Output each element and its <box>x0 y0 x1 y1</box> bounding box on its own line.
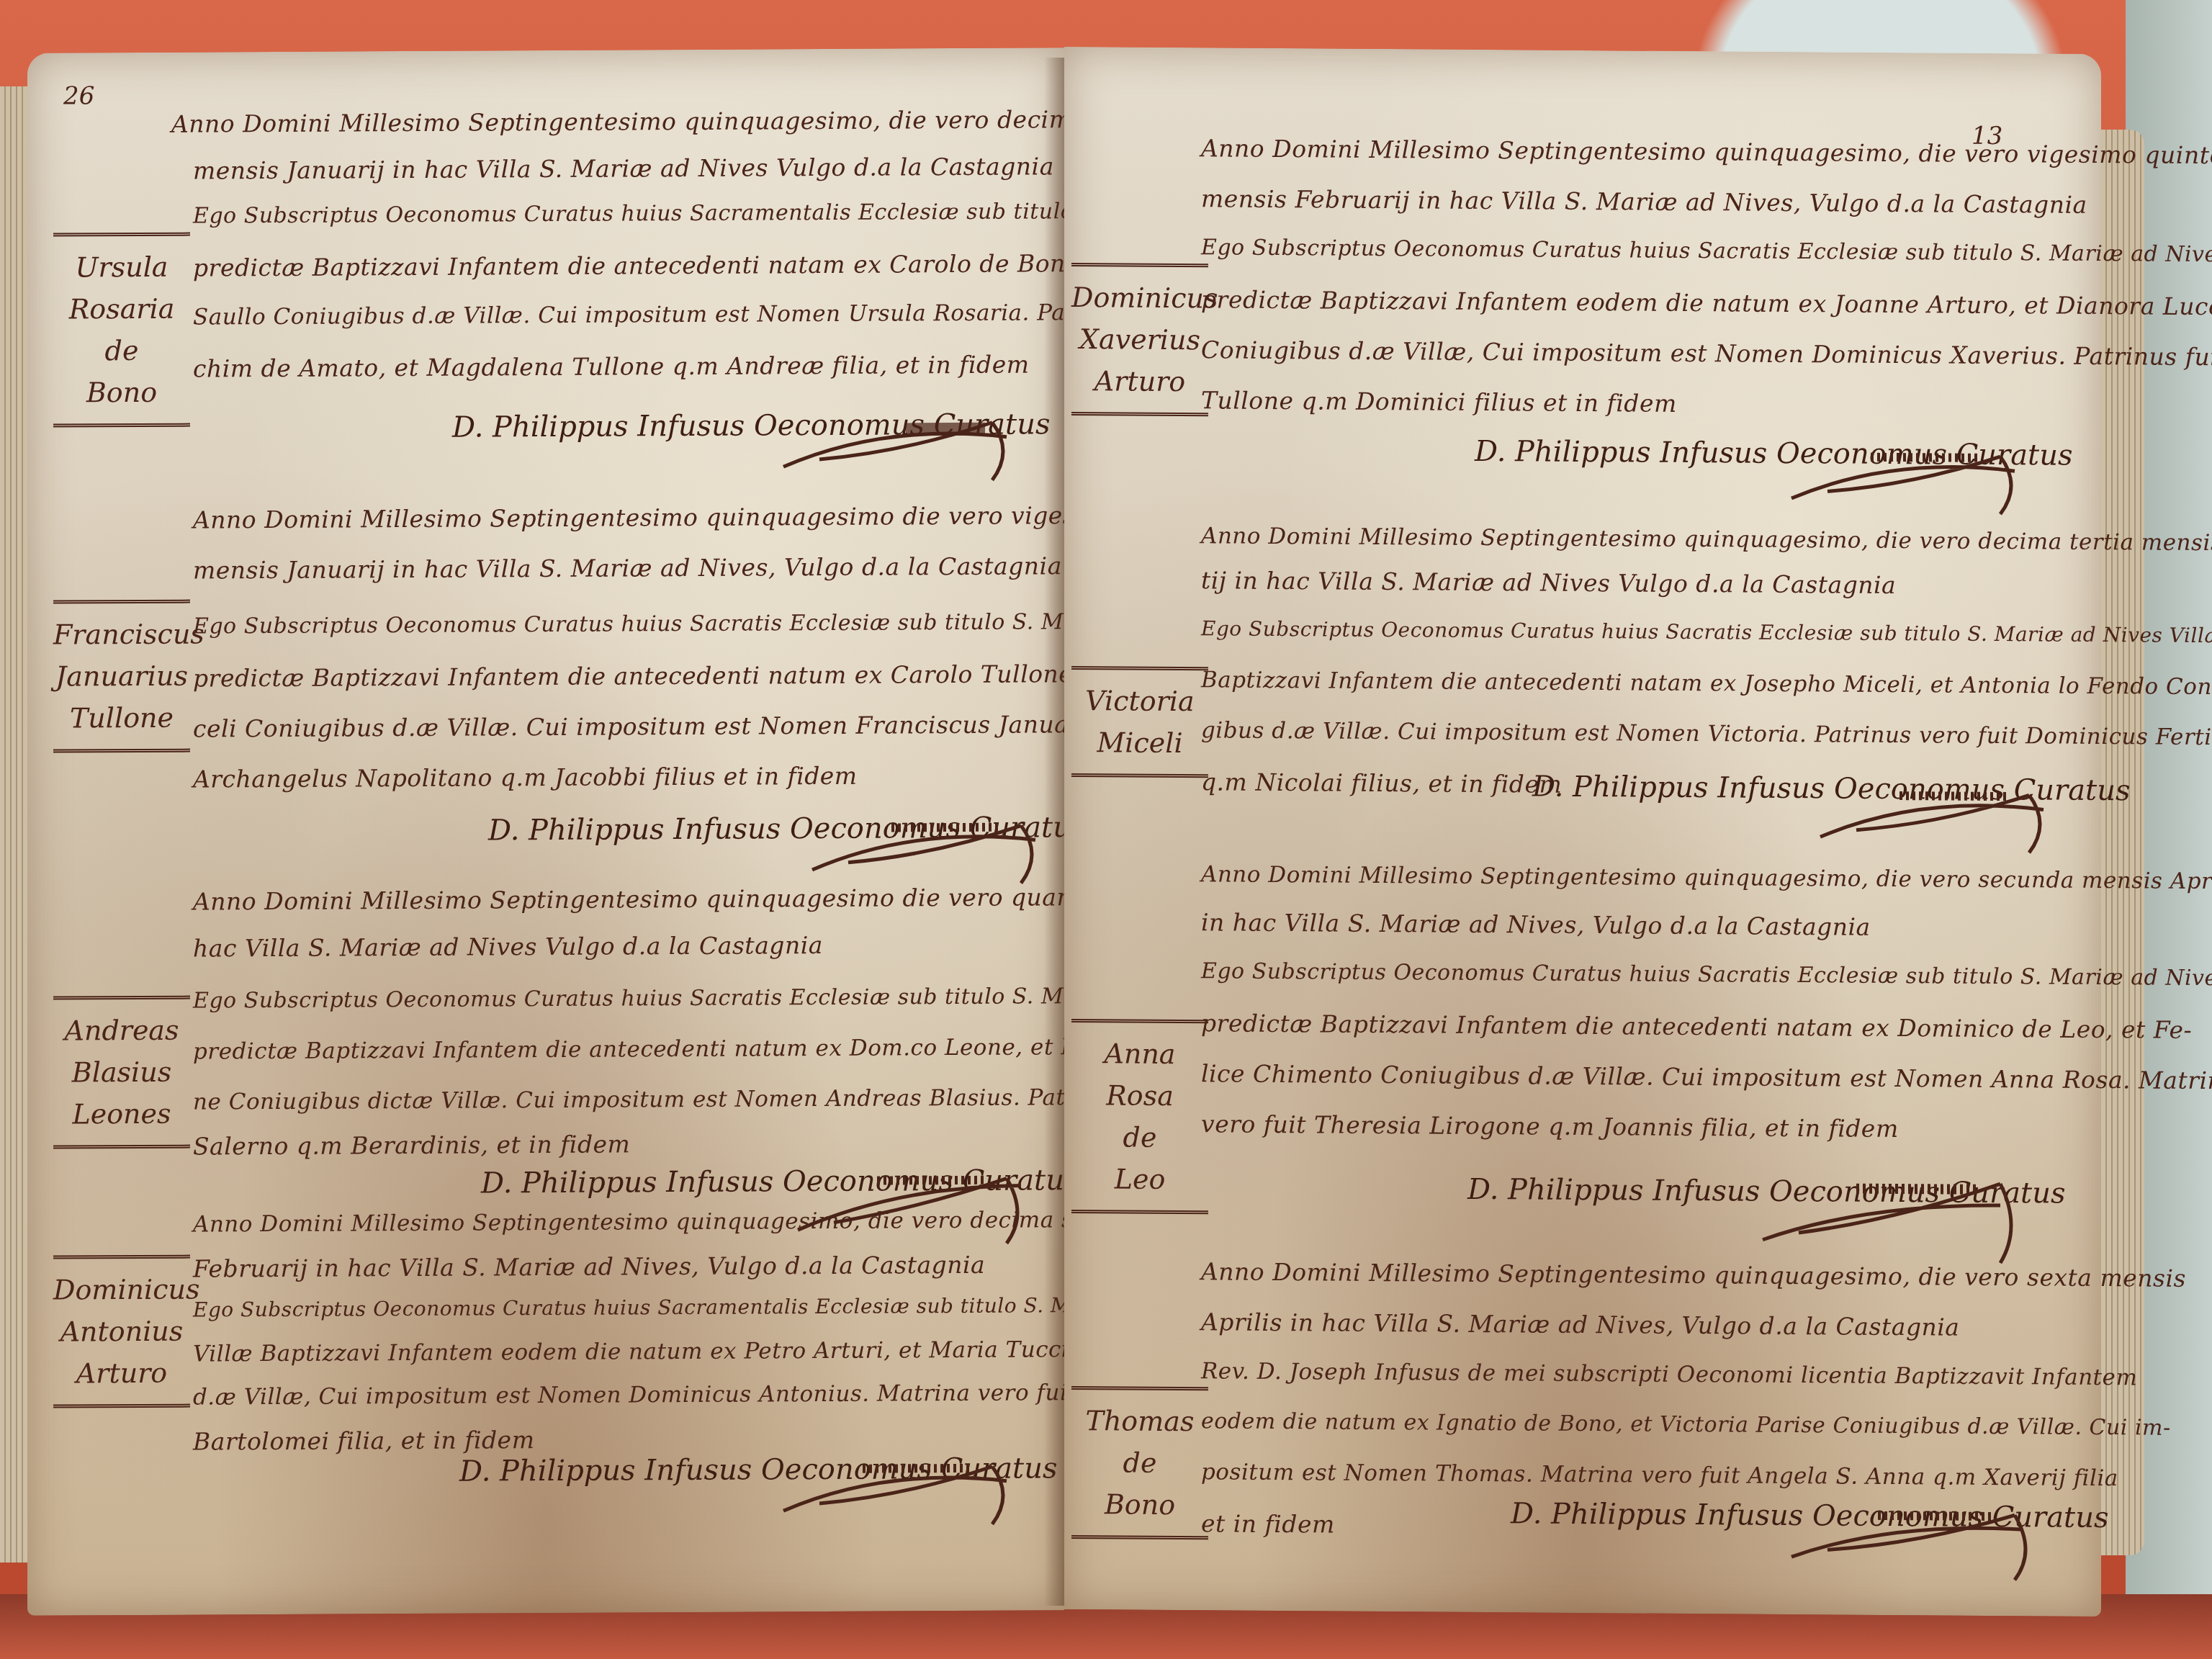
entry-line: Bartolomei filia, et in fidem <box>193 1426 534 1455</box>
name-line: Tullone <box>53 697 190 739</box>
margin-name: Dominicus Antonius Arturo <box>53 1255 190 1408</box>
name-line: Ursula <box>53 246 190 289</box>
name-line: Victoria <box>1071 680 1208 722</box>
entry-line: mensis Januarij in hac Villa S. Mariæ ad… <box>193 552 1062 584</box>
entry-line: hac Villa S. Mariæ ad Nives Vulgo d.a la… <box>193 931 823 963</box>
name-line: Bono <box>53 372 190 414</box>
entry-line: Anno Domini Millesimo Septingentesimo qu… <box>1201 861 2212 894</box>
entry-line: lice Chimento Coniugibus d.æ Villæ. Cui … <box>1201 1059 2212 1094</box>
name-line: Rosa <box>1071 1074 1208 1117</box>
entry-line: Archangelus Napolitano q.m Jacobbi filiu… <box>193 762 858 793</box>
entry-line: gibus d.æ Villæ. Cui impositum est Nomen… <box>1201 717 2212 750</box>
entry-line: eodem die natum ex Ignatio de Bono, et V… <box>1201 1408 2171 1440</box>
entry-line: predictæ Baptizzavi Infantem eodem die n… <box>1201 285 2212 320</box>
entry-line: Ego Subscriptus Oeconomus Curatus huius … <box>1201 235 2212 268</box>
name-line: Anna <box>1071 1033 1208 1075</box>
margin-name: Andreas Blasius Leones <box>53 996 190 1149</box>
signature-flourish-icon <box>1784 441 2029 521</box>
signature-flourish-icon <box>1813 779 2058 860</box>
entry-line: Salerno q.m Berardinis, et in fidem <box>193 1130 630 1160</box>
name-line: Miceli <box>1071 721 1208 764</box>
folio-number: 26 <box>63 81 94 110</box>
entry-line: Anno Domini Millesimo Septingentesimo qu… <box>1201 1257 2186 1292</box>
margin-name: Franciscus Januarius Tullone <box>53 600 190 753</box>
entry-line: Aprilis in hac Villa S. Mariæ ad Nives, … <box>1201 1308 1960 1341</box>
entry-line: Anno Domini Millesimo Septingentesimo qu… <box>1201 523 2212 557</box>
name-line: de <box>53 330 190 372</box>
entry-line: in hac Villa S. Mariæ ad Nives, Vulgo d.… <box>1201 908 1871 940</box>
name-line: Franciscus <box>53 613 190 656</box>
entry-line: Ego Subscriptus Oeconomus Curatus huius … <box>1201 616 2212 648</box>
entry-line: et in fidem <box>1201 1509 1335 1538</box>
signature-flourish-icon <box>1755 1175 2029 1271</box>
name-line: Thomas <box>1071 1400 1208 1442</box>
entry-line: Ego Subscriptus Oeconomus Curatus huius … <box>1201 958 2212 992</box>
left-page-edges <box>0 86 29 1563</box>
entry-line: mensis Januarij in hac Villa S. Mariæ ad… <box>193 152 1054 184</box>
margin-name: Victoria Miceli <box>1071 666 1208 778</box>
name-line: Dominicus <box>1071 276 1208 319</box>
margin-name: Dominicus Xaverius Arturo <box>1071 263 1208 416</box>
entry-line: predictæ Baptizzavi Infantem die anteced… <box>1201 1009 2192 1044</box>
margin-name: Ursula Rosaria de Bono <box>53 233 190 428</box>
name-line: Xaverius <box>1071 318 1208 361</box>
entry-line: q.m Nicolai filius, et in fidem <box>1201 768 1562 798</box>
entry-line: Anno Domini Millesimo Septingentesimo qu… <box>171 104 1176 138</box>
name-line: Arturo <box>1071 360 1208 403</box>
right-page: 13 Dominicus Xaverius Arturo Anno Domini… <box>1064 47 2101 1617</box>
margin-name: Thomas de Bono <box>1071 1386 1208 1539</box>
name-line: de <box>1071 1442 1208 1484</box>
name-line: de <box>1071 1116 1208 1159</box>
signature-flourish-icon <box>776 408 1021 489</box>
entry-line: tij in hac Villa S. Mariæ ad Nives Vulgo… <box>1201 566 1896 599</box>
name-line: Bono <box>1071 1483 1208 1526</box>
name-line: Dominicus <box>53 1269 190 1311</box>
name-line: Blasius <box>53 1051 190 1094</box>
entry-line: Coniugibus d.æ Villæ, Cui impositum est … <box>1201 336 2212 372</box>
entry-line: vero fuit Theresia Lirogone q.m Joannis … <box>1201 1110 1899 1143</box>
entry-line: Februarij in hac Villa S. Mariæ ad Nives… <box>193 1251 985 1283</box>
left-page: 26 Ursula Rosaria de Bono Anno Domini Mi… <box>27 48 1064 1616</box>
name-line: Rosaria <box>53 288 190 331</box>
entry-line: positum est Nomen Thomas. Matrina vero f… <box>1201 1459 2118 1491</box>
entry-line: Baptizzavi Infantem die antecedenti nata… <box>1201 667 2212 700</box>
signature-flourish-icon <box>805 811 1050 891</box>
signature-flourish-icon <box>776 1452 1021 1533</box>
margin-name: Anna Rosa de Leo <box>1071 1019 1208 1214</box>
entry-line: Tullone q.m Dominici filius et in fidem <box>1201 386 1677 418</box>
entry-line: Anno Domini Millesimo Septingentesimo qu… <box>1201 134 2212 169</box>
name-line: Andreas <box>53 1010 190 1052</box>
entry-line: Rev. D. Joseph Infusus de mei subscripti… <box>1201 1358 2137 1390</box>
name-line: Antonius <box>53 1310 190 1353</box>
name-line: Leones <box>53 1093 190 1136</box>
name-line: Januarius <box>53 655 190 698</box>
entry-line: chim de Amato, et Magdalena Tullone q.m … <box>193 350 1030 382</box>
name-line: Leo <box>1071 1158 1208 1200</box>
entry-line: mensis Februarij in hac Villa S. Mariæ a… <box>1201 184 2087 219</box>
name-line: Arturo <box>53 1352 190 1395</box>
signature-flourish-icon <box>1784 1499 2044 1588</box>
